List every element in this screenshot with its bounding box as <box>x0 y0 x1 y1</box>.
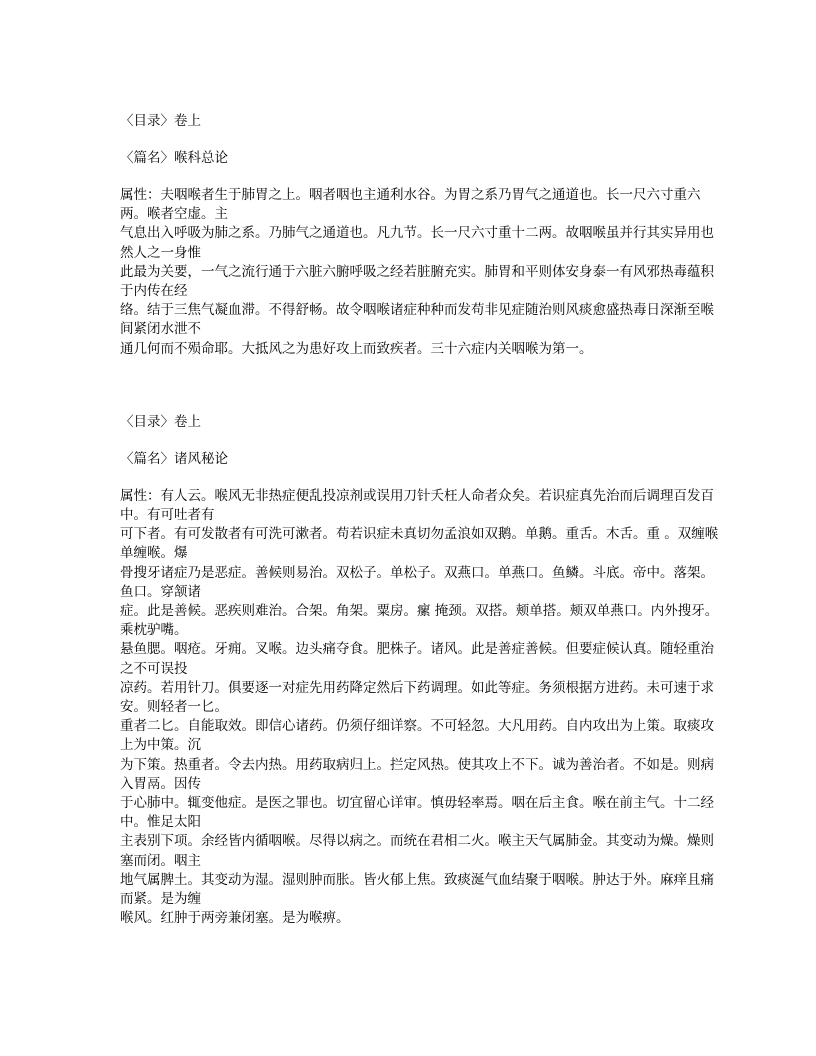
section-throat-general: 〈目录〉卷上 〈篇名〉喉科总论 属性：夫咽喉者生于肺胃之上。咽者咽也主通利水谷。… <box>120 112 720 359</box>
body-line: 为下策。热重者。令去内热。用药取病归上。拦定风热。使其攻上不下。诚为善治者。不如… <box>120 756 720 794</box>
body-line: 凉药。若用针刀。俱要逐一对症先用药降定然后下药调理。如此等症。务须根据方进药。未… <box>120 679 720 717</box>
section-body: 属性：有人云。喉风无非热症便乱投凉剂或误用刀针夭枉人命者众矣。若识症真先治而后调… <box>120 487 720 929</box>
body-line: 属性：夫咽喉者生于肺胃之上。咽者咽也主通利水谷。为胃之系乃胃气之通道也。长一尺六… <box>120 186 720 224</box>
body-line: 悬鱼腮。咽疮。牙痈。叉喉。边头痛夺食。肥株子。诸风。此是善症善候。但要症候认真。… <box>120 640 720 678</box>
body-line: 通几何而不殒命耶。大抵风之为患好攻上而致疾者。三十六症内关咽喉为第一。 <box>120 340 720 359</box>
body-line: 骨搜牙诸症乃是恶症。善候则易治。双松子。单松子。双燕口。单燕口。鱼鳞。斗底。帝中… <box>120 564 720 602</box>
body-line: 可下者。有可发散者有可洗可漱者。苟若识症未真切勿孟浪如双鹅。单鹅。重舌。木舌。重… <box>120 525 720 563</box>
section-body: 属性：夫咽喉者生于肺胃之上。咽者咽也主通利水谷。为胃之系乃胃气之通道也。长一尺六… <box>120 186 720 359</box>
body-line: 气息出入呼吸为肺之系。乃肺气之通道也。凡九节。长一尺六寸重十二两。故咽喉虽并行其… <box>120 224 720 262</box>
body-line: 重者二匕。自能取效。即信心诸药。仍须仔细详察。不可轻忽。大凡用药。自内攻出为上策… <box>120 717 720 755</box>
toc-label: 〈目录〉卷上 <box>120 413 720 432</box>
body-line: 地气属脾土。其变动为湿。湿则肿而胀。皆火郁上焦。致痰涎气血结聚于咽喉。肿达于外。… <box>120 871 720 909</box>
section-wind-secrets: 〈目录〉卷上 〈篇名〉诸风秘论 属性：有人云。喉风无非热症便乱投凉剂或误用刀针夭… <box>120 413 720 929</box>
toc-label: 〈目录〉卷上 <box>120 112 720 131</box>
body-line: 主表别下项。余经皆内循咽喉。尽得以病之。而统在君相二火。喉主天气属肺金。其变动为… <box>120 832 720 870</box>
body-line: 此最为关要，一气之流行通于六脏六腑呼吸之经若脏腑充实。肺胃和平则体安身泰一有风邪… <box>120 263 720 301</box>
body-line: 络。结于三焦气凝血滞。不得舒畅。故令咽喉诸症种种而发苟非见症随治则风痰愈盛热毒日… <box>120 301 720 339</box>
chapter-title: 〈篇名〉诸风秘论 <box>120 450 720 469</box>
body-line: 喉风。红肿于两旁兼闭塞。是为喉痹。 <box>120 909 720 928</box>
body-line: 症。此是善候。恶疾则难治。合架。角架。粟房。瘰 掩颈。双搭。颊单搭。颊双单燕口。… <box>120 602 720 640</box>
body-line: 于心肺中。辄变他症。是医之罪也。切宜留心详审。慎毋轻率焉。咽在后主食。喉在前主气… <box>120 794 720 832</box>
body-line: 属性：有人云。喉风无非热症便乱投凉剂或误用刀针夭枉人命者众矣。若识症真先治而后调… <box>120 487 720 525</box>
chapter-title: 〈篇名〉喉科总论 <box>120 149 720 168</box>
document-page: 〈目录〉卷上 〈篇名〉喉科总论 属性：夫咽喉者生于肺胃之上。咽者咽也主通利水谷。… <box>120 112 720 929</box>
